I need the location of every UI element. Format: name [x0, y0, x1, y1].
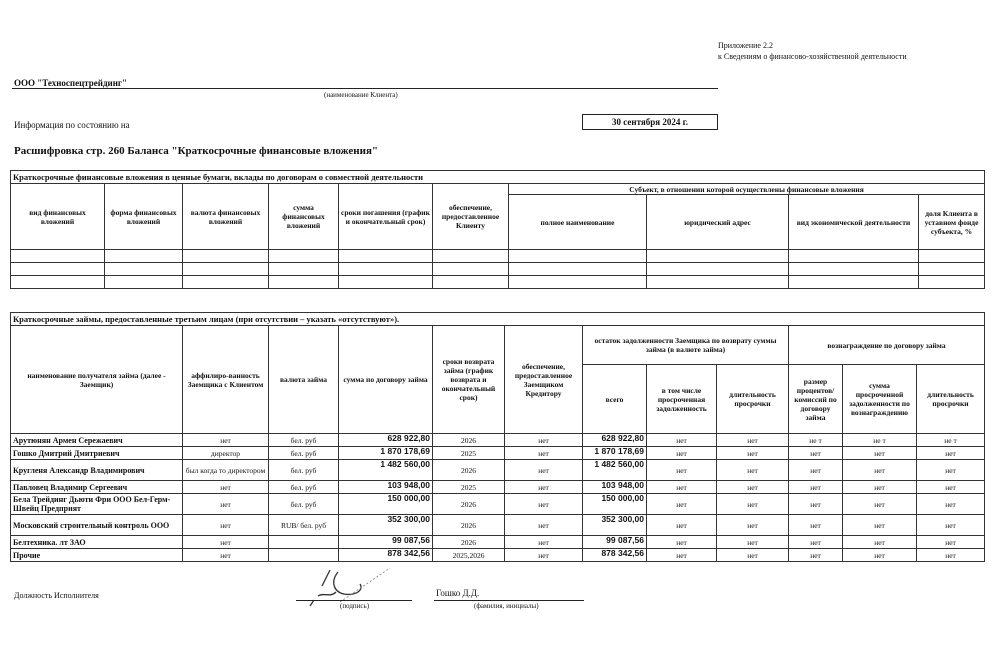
cell-reward-rate: нет	[789, 481, 843, 494]
loan-row: Павловец Владимир Сергеевичнетбел. руб10…	[11, 481, 985, 494]
signer-name-caption: (фамилия, инициалы)	[474, 602, 539, 610]
cell-debt-overdue-duration: нет	[717, 515, 789, 536]
col-header: сумма финансовых вложений	[269, 184, 339, 250]
cell-reward-overdue-duration: не т	[917, 434, 985, 447]
cell-debt-overdue: нет	[647, 515, 717, 536]
cell-debt-overdue: нет	[647, 481, 717, 494]
cell-currency	[269, 549, 339, 562]
cell-debt-total: 1 482 560,00	[583, 460, 647, 481]
cell-currency: бел. руб	[269, 494, 339, 515]
col-header-borrower: наименование получателя займа (далее - З…	[11, 326, 183, 434]
client-caption: (наименование Клиента)	[324, 91, 398, 99]
cell-currency: бел. руб	[269, 434, 339, 447]
cell-reward-rate: нет	[789, 549, 843, 562]
cell-amount: 352 300,00	[339, 515, 433, 536]
cell-reward-overdue: не т	[843, 434, 917, 447]
loan-row: Белтехника. лт ЗАОнет99 087,562026нет99 …	[11, 536, 985, 549]
cell-amount: 878 342,56	[339, 549, 433, 562]
cell-reward-overdue-duration: нет	[917, 494, 985, 515]
col-header: полное наименование	[509, 195, 647, 250]
cell-terms: 2025	[433, 447, 505, 460]
cell-currency	[269, 536, 339, 549]
col-header: форма финансовых вложений	[105, 184, 183, 250]
signature-caption: (подпись)	[340, 602, 369, 610]
col-header-reward-overdue-duration: длительность просрочки	[917, 365, 985, 434]
cell-debt-overdue-duration: нет	[717, 460, 789, 481]
cell-reward-overdue-duration: нет	[917, 460, 985, 481]
loan-row: Кругленя Александр Владимировичбыл когда…	[11, 460, 985, 481]
cell-reward-overdue-duration: нет	[917, 447, 985, 460]
cell-debt-total: 628 922,80	[583, 434, 647, 447]
appendix-line-1: Приложение 2.2	[718, 40, 907, 51]
col-header-reward-rate: размер процентов/ комиссий по договору з…	[789, 365, 843, 434]
cell-borrower: Прочие	[11, 549, 183, 562]
cell-currency: бел. руб	[269, 481, 339, 494]
cell-debt-overdue-duration: нет	[717, 447, 789, 460]
cell-borrower: Кругленя Александр Владимирович	[11, 460, 183, 481]
col-header-affiliation: аффилиро-ванность Заемщика с Клиентом	[183, 326, 269, 434]
cell-collateral: нет	[505, 447, 583, 460]
cell-borrower: Арутюнян Армен Сережаевич	[11, 434, 183, 447]
empty-row	[11, 263, 985, 276]
cell-debt-total: 878 342,56	[583, 549, 647, 562]
cell-borrower: Гошко Дмитрий Дмитриевич	[11, 447, 183, 460]
investments-table: Краткосрочные финансовые вложения в ценн…	[10, 170, 985, 289]
col-header-terms: сроки возврата займа (график возврата и …	[433, 326, 505, 434]
loan-row: Московский строительный контроль ОООнетR…	[11, 515, 985, 536]
empty-row	[11, 276, 985, 289]
cell-affiliation: нет	[183, 481, 269, 494]
cell-reward-rate: не т	[789, 434, 843, 447]
signer-name-line	[434, 600, 584, 601]
cell-debt-overdue-duration: нет	[717, 494, 789, 515]
cell-reward-overdue: нет	[843, 515, 917, 536]
cell-reward-rate: нет	[789, 515, 843, 536]
col-header: валюта финансовых вложений	[183, 184, 269, 250]
loan-row: Бела Трейдинг Дьюти Фри ООО Бел-Герм-Шве…	[11, 494, 985, 515]
client-underline	[12, 88, 718, 89]
cell-borrower: Бела Трейдинг Дьюти Фри ООО Бел-Герм-Шве…	[11, 494, 183, 515]
cell-affiliation: нет	[183, 515, 269, 536]
cell-currency: бел. руб	[269, 447, 339, 460]
cell-collateral: нет	[505, 549, 583, 562]
investments-section-title: Краткосрочные финансовые вложения в ценн…	[11, 171, 985, 184]
cell-debt-overdue-duration: нет	[717, 434, 789, 447]
cell-reward-overdue: нет	[843, 460, 917, 481]
col-header-collateral: обеспечение, предоставленное Заемщиком К…	[505, 326, 583, 434]
cell-reward-overdue-duration: нет	[917, 481, 985, 494]
cell-affiliation: нет	[183, 549, 269, 562]
col-header: обеспечение, предоставленное Клиенту	[433, 184, 509, 250]
cell-affiliation: нет	[183, 536, 269, 549]
appendix-line-2: к Сведениям о финансово-хозяйственной де…	[718, 51, 907, 62]
cell-terms: 2026	[433, 536, 505, 549]
cell-collateral: нет	[505, 434, 583, 447]
cell-reward-rate: нет	[789, 536, 843, 549]
cell-reward-overdue: нет	[843, 549, 917, 562]
loan-row: Прочиенет878 342,562025,2026нет878 342,5…	[11, 549, 985, 562]
cell-debt-total: 1 870 178,69	[583, 447, 647, 460]
cell-debt-overdue: нет	[647, 447, 717, 460]
signature-line	[296, 600, 412, 601]
cell-affiliation: нет	[183, 434, 269, 447]
cell-affiliation: был когда то директором	[183, 460, 269, 481]
cell-collateral: нет	[505, 494, 583, 515]
loans-table: Краткосрочные займы, предоставленные тре…	[10, 312, 985, 562]
cell-borrower: Белтехника. лт ЗАО	[11, 536, 183, 549]
col-group-reward: вознаграждение по договору займа	[789, 326, 985, 365]
cell-terms: 2026	[433, 515, 505, 536]
col-header-debt-overdue: в том числе просроченная задолженность	[647, 365, 717, 434]
cell-currency: бел. руб	[269, 460, 339, 481]
cell-debt-overdue-duration: нет	[717, 536, 789, 549]
cell-amount: 99 087,56	[339, 536, 433, 549]
col-header-reward-overdue: сумма просроченной задолженности по возн…	[843, 365, 917, 434]
col-header-currency: валюта займа	[269, 326, 339, 434]
cell-collateral: нет	[505, 460, 583, 481]
cell-collateral: нет	[505, 515, 583, 536]
signer-name: Гошко Д.Д.	[436, 588, 479, 598]
cell-debt-total: 150 000,00	[583, 494, 647, 515]
cell-terms: 2025	[433, 481, 505, 494]
cell-terms: 2026	[433, 434, 505, 447]
cell-borrower: Павловец Владимир Сергеевич	[11, 481, 183, 494]
cell-amount: 103 948,00	[339, 481, 433, 494]
cell-collateral: нет	[505, 481, 583, 494]
cell-currency: RUB/ бел. руб	[269, 515, 339, 536]
cell-debt-overdue-duration: нет	[717, 481, 789, 494]
cell-reward-overdue-duration: нет	[917, 536, 985, 549]
cell-debt-overdue: нет	[647, 434, 717, 447]
subject-group-header: Субъект, в отношении которой осуществлен…	[509, 184, 985, 195]
cell-borrower: Московский строительный контроль ООО	[11, 515, 183, 536]
cell-amount: 628 922,80	[339, 434, 433, 447]
cell-debt-total: 352 300,00	[583, 515, 647, 536]
cell-reward-rate: нет	[789, 447, 843, 460]
report-date: 30 сентября 2024 г.	[582, 114, 718, 130]
loan-row: Арутюнян Армен Сережаевичнетбел. руб628 …	[11, 434, 985, 447]
cell-affiliation: нет	[183, 494, 269, 515]
col-header-amount: сумма по договору займа	[339, 326, 433, 434]
cell-reward-rate: нет	[789, 460, 843, 481]
col-header: юридический адрес	[647, 195, 789, 250]
cell-debt-total: 99 087,56	[583, 536, 647, 549]
col-header-debt-overdue-duration: длительность просрочки	[717, 365, 789, 434]
cell-debt-overdue-duration: нет	[717, 549, 789, 562]
cell-reward-overdue: нет	[843, 494, 917, 515]
cell-affiliation: директор	[183, 447, 269, 460]
cell-reward-overdue: нет	[843, 447, 917, 460]
appendix-note: Приложение 2.2 к Сведениям о финансово-х…	[718, 40, 907, 62]
cell-amount: 1 870 178,69	[339, 447, 433, 460]
cell-collateral: нет	[505, 536, 583, 549]
loan-row: Гошко Дмитрий Дмитриевичдиректорбел. руб…	[11, 447, 985, 460]
cell-debt-overdue: нет	[647, 536, 717, 549]
cell-reward-overdue: нет	[843, 536, 917, 549]
cell-reward-overdue-duration: нет	[917, 515, 985, 536]
cell-reward-rate: нет	[789, 494, 843, 515]
cell-amount: 1 482 560,00	[339, 460, 433, 481]
empty-row	[11, 250, 985, 263]
cell-terms: 2025,2026	[433, 549, 505, 562]
loans-section-title: Краткосрочные займы, предоставленные тре…	[11, 313, 985, 326]
cell-reward-overdue-duration: нет	[917, 549, 985, 562]
cell-amount: 150 000,00	[339, 494, 433, 515]
cell-terms: 2026	[433, 494, 505, 515]
col-header: вид экономической деятельности	[789, 195, 919, 250]
col-header: доля Клиента в уставном фонде субъекта, …	[919, 195, 985, 250]
cell-debt-total: 103 948,00	[583, 481, 647, 494]
cell-terms: 2026	[433, 460, 505, 481]
info-date-label: Информация по состоянию на	[14, 120, 130, 130]
col-group-debt: остаток задолженности Заемщика по возвра…	[583, 326, 789, 365]
cell-reward-overdue: нет	[843, 481, 917, 494]
cell-debt-overdue: нет	[647, 460, 717, 481]
col-header: сроки погашения (график и окончательный …	[339, 184, 433, 250]
cell-debt-overdue: нет	[647, 494, 717, 515]
position-label: Должность Исполнителя	[14, 591, 99, 600]
col-header-debt-total: всего	[583, 365, 647, 434]
col-header: вид финансовых вложений	[11, 184, 105, 250]
client-name: ООО "Техноспецтрейдинг"	[14, 78, 127, 88]
document-title: Расшифровка стр. 260 Баланса "Краткосроч…	[14, 145, 378, 157]
cell-debt-overdue: нет	[647, 549, 717, 562]
